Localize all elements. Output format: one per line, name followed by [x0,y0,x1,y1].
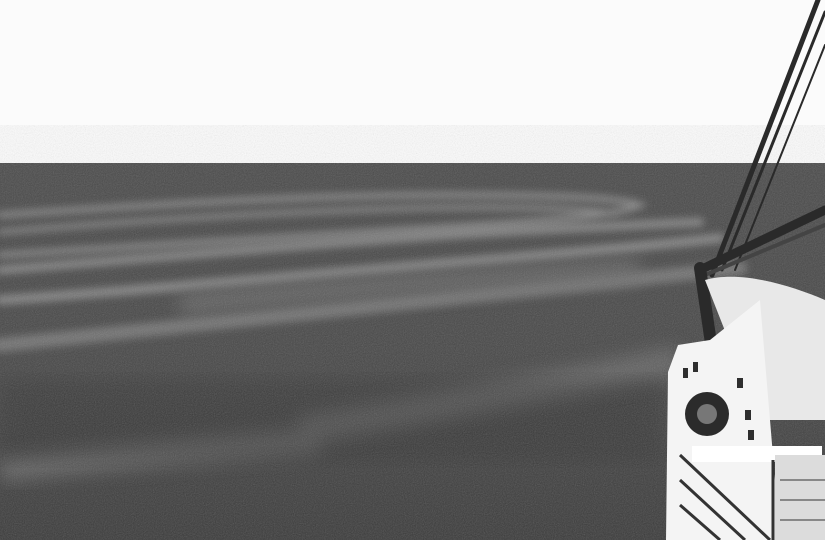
sky [0,0,825,165]
photo-canvas [0,0,825,540]
photo-scene [0,0,825,540]
